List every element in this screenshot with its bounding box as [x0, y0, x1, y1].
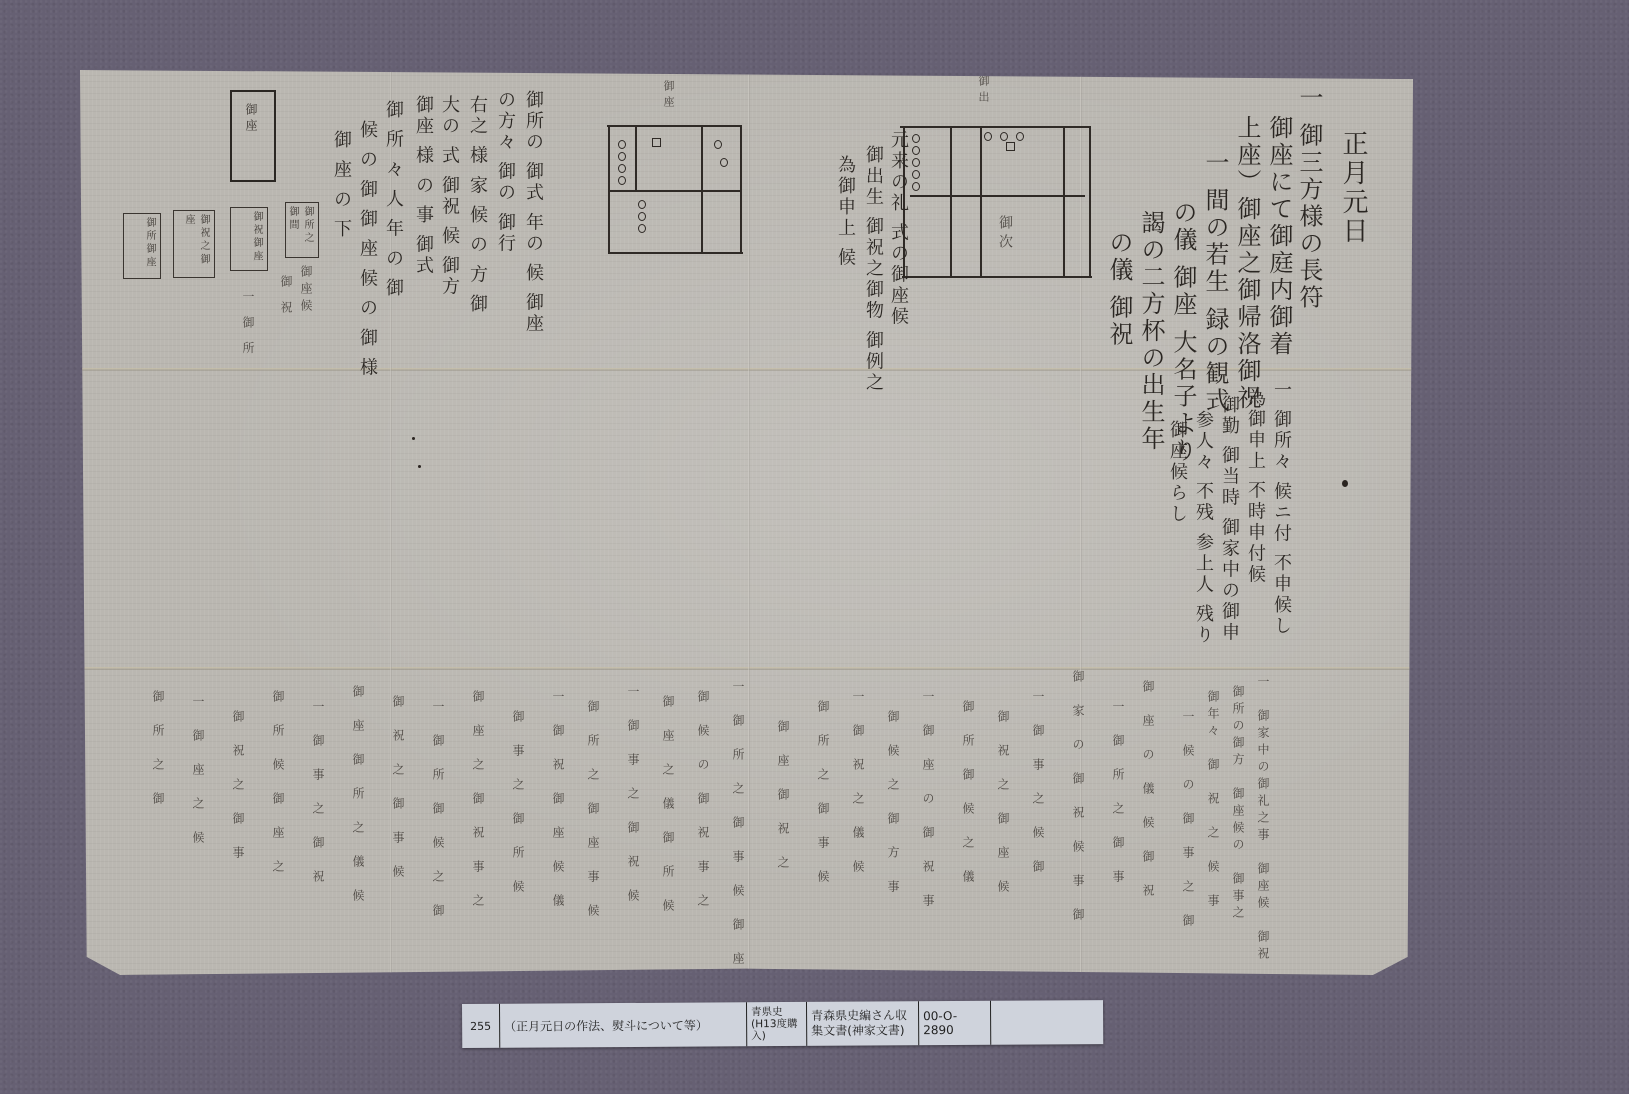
stamp-box: 御 所 之 御 間 — [285, 202, 319, 258]
faint-text-column: 御 家 の 御 祝 候 事 御 — [1070, 670, 1087, 925]
text-column: 一 間の若生 録の観式 — [1198, 150, 1233, 414]
text-column: 御勤 御当時 御家中の御申 — [1216, 395, 1242, 643]
stamp-box: 御 所 御 座 — [123, 213, 161, 279]
faint-text-column: 御 祝 之 御 座 候 — [995, 710, 1012, 897]
text-column: 大の 式 御祝 候 御方 — [436, 95, 462, 298]
ink-spot — [412, 437, 415, 440]
faint-text-column: 御 候 の 御 祝 事 之 — [695, 690, 712, 911]
faint-text-column: 御 座 之 御 祝 事 之 — [470, 690, 487, 911]
faint-text-column: 御 所 之 御 事 候 — [815, 700, 832, 887]
faint-text-column: 御 座 之 儀 御 所 候 — [660, 695, 677, 916]
horizontal-fold-line — [80, 667, 1413, 670]
faint-text-column: 御 所 之 御 — [150, 690, 167, 809]
text-column: 候 の 御 御 座 候 の 御 様 — [354, 120, 380, 379]
faint-text-column: 一 御 祝 之 儀 候 — [850, 690, 867, 877]
catalog-label: 255 （正月元日の作法、熨斗について等） 青県史(H13度購入) 青森県史編さ… — [462, 1000, 1103, 1048]
faint-text-column: 御 所 御 候 之 儀 — [960, 700, 977, 887]
text-column: 御座 様 の 事 御式 — [410, 95, 436, 277]
ink-spot — [418, 465, 421, 468]
catalog-source: 青県史(H13度購入) — [747, 1002, 807, 1046]
stamp-caption: 御座候 — [298, 265, 315, 316]
catalog-title: （正月元日の作法、熨斗について等） — [500, 1002, 747, 1048]
faint-text-column: 御 座 御 祝 之 — [775, 720, 792, 873]
seal-text: 御 座 — [240, 100, 263, 134]
text-column: 元来の礼 式の御座候 — [885, 130, 911, 328]
text-column: 御 所 々 人 年 の 御 — [380, 100, 406, 299]
text-column: 上座）御座之御帰洛御祝 — [1230, 115, 1265, 412]
text-column: の方々 御の 御行 — [492, 90, 518, 254]
faint-text-column: 一 候 の 御 事 之 御 — [1180, 710, 1197, 931]
faint-text-column: 一 御 所 御 候 之 御 — [430, 700, 447, 921]
catalog-blank-cell — [991, 1000, 1103, 1045]
faint-text-column: 御 座 御 所 之 儀 候 — [350, 685, 367, 906]
faint-text-column: 御 座 の 儀 候 御 祝 — [1140, 680, 1157, 901]
faint-text-column: 一 御 事 之 御 祝 — [310, 700, 327, 887]
text-column: 御座候らし — [1164, 420, 1190, 525]
boxed-seal-outline: 御 座 — [230, 90, 276, 182]
faint-text-column: 御 事 之 御 所 候 — [510, 710, 527, 897]
faint-text-column: 一 御 座 の 御 祝 事 — [920, 690, 937, 911]
text-column: 為御申上 候 — [832, 155, 858, 269]
faint-text-column: 御 所 候 御 座 之 — [270, 690, 287, 877]
faint-text-column: 御所の御方 御座候の 御事之 — [1230, 685, 1247, 923]
ink-spot — [1342, 480, 1348, 487]
archival-document-sheet: 正月元日 一 御三方様の長符 御座にて御庭内御着 上座）御座之御帰洛御祝 一 間… — [80, 70, 1413, 975]
text-column: の儀 御祝 — [1102, 230, 1137, 349]
faint-text-column: 一 御 所 之 御 事 候 御 座 — [730, 680, 747, 969]
text-column: 謁の二方杯の出生年 — [1134, 210, 1169, 453]
diagram-label: 御出 — [975, 75, 991, 107]
faint-text-column: 一 御 事 之 御 祝 候 — [625, 685, 642, 906]
faint-text-column: 一 御 所 之 御 事 — [1110, 700, 1127, 887]
text-column: 御 座 の 下 — [328, 130, 354, 240]
diagram-label: 御次 — [995, 215, 1015, 253]
text-column: 右之 様 家 候 の 方 御 — [464, 95, 490, 315]
faint-text-column: 御 候 之 御 方 事 — [885, 710, 902, 897]
heading-new-year: 正月元日 — [1335, 130, 1372, 246]
faint-text-column: 一 御 座 之 候 — [190, 695, 207, 848]
faint-text-column: 一 御 祝 御 座 候 儀 — [550, 690, 567, 911]
faint-text-column: 一 御 事 之 候 御 — [1030, 690, 1047, 877]
text-column: 御出生 御祝之御物 御例之 — [860, 145, 886, 393]
vertical-fold-line — [748, 70, 750, 975]
faint-text-column: 御年々 御 祝 之 候 事 — [1205, 690, 1222, 911]
stamp-caption: 御 祝 — [278, 275, 295, 318]
faint-text-column: 御 祝 之 御 事 — [230, 710, 247, 863]
text-column: 参人々 不残 参上人 残り — [1190, 410, 1216, 646]
text-column: 為御申上 不時申付候 — [1242, 388, 1268, 586]
faint-text-column: 一 御家中の御礼之事 御座候 御祝 — [1255, 675, 1272, 964]
text-column: 一 御所々 候ニ付 不申候し — [1268, 380, 1294, 637]
stamp-box: 御 祝 之 御 座 — [173, 210, 215, 278]
catalog-collection: 青森県史編さん収集文書(神家文書) — [807, 1001, 919, 1046]
faint-text-column: 御 所 之 御 座 事 候 — [585, 700, 602, 921]
faint-text-column: 御 祝 之 御 事 候 — [390, 695, 407, 882]
text-column: 一 御三方様の長符 — [1292, 85, 1327, 312]
stamp-caption: 一 御 所 — [240, 290, 257, 359]
diagram-label: 御座 — [660, 80, 676, 112]
catalog-number: 255 — [462, 1004, 500, 1048]
text-column: 御所の 御式 年の 候 御座 — [520, 90, 546, 335]
stamp-box: 御 祝 御 座 — [230, 207, 268, 271]
catalog-id: 00-O-2890 — [919, 1001, 991, 1045]
text-column: 御座にて御庭内御着 — [1262, 115, 1297, 358]
